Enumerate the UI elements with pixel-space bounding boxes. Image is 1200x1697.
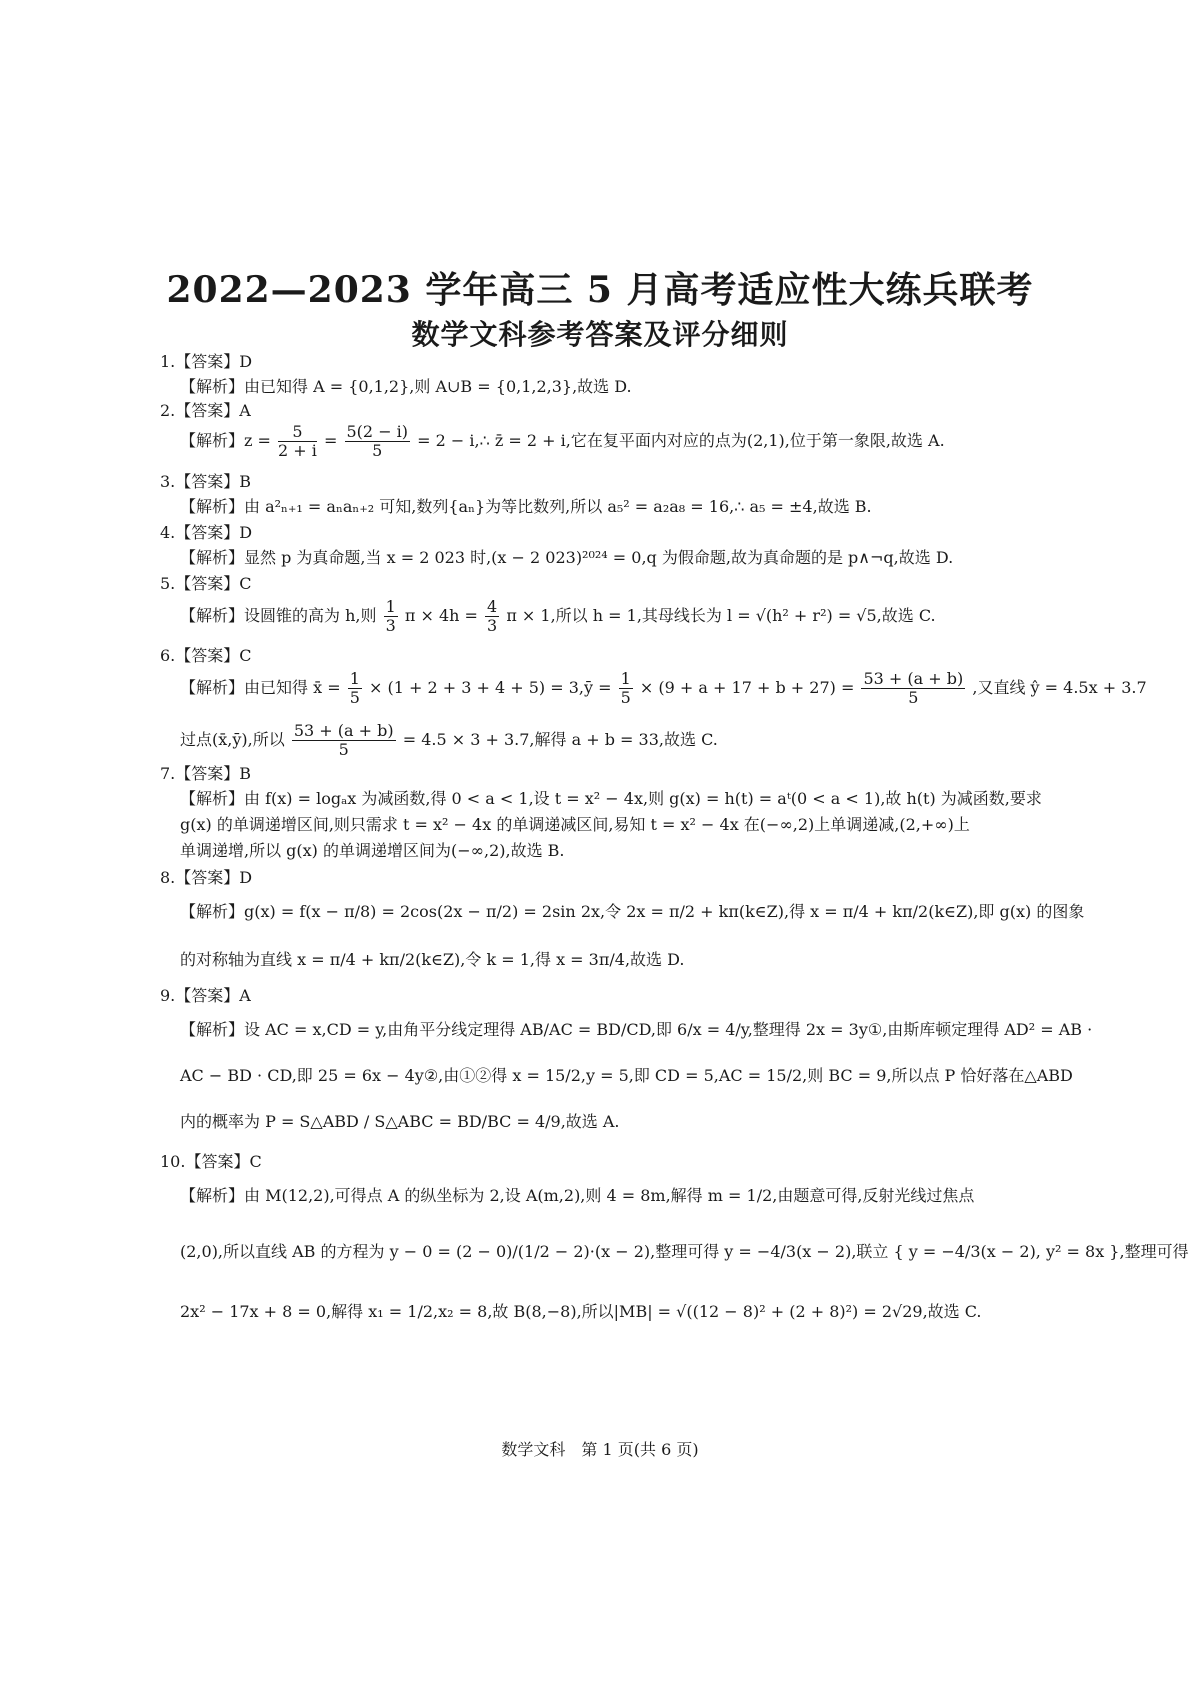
analysis-text: 【解析】设圆锥的高为 h,则	[180, 606, 376, 625]
analysis-line: 单调递增,所以 g(x) 的单调递增区间为(−∞,2),故选 B.	[180, 841, 565, 861]
analysis-text: 过点(x̄,ȳ),所以	[180, 730, 285, 749]
analysis-text: π × 1,所以 h = 1,其母线长为 l = √(h² + r²) = √5…	[506, 606, 935, 625]
page-footer: 数学文科 第 1 页(共 6 页)	[0, 1437, 1200, 1460]
analysis-line: 【解析】设 AC = x,CD = y,由角平分线定理得 AB/AC = BD/…	[180, 1020, 1092, 1040]
analysis-text: 【解析】z =	[180, 431, 271, 450]
analysis-line: 【解析】z = 52 + i = 5(2 − i)5 = 2 − i,∴ z̄ …	[180, 423, 945, 460]
analysis-line: 【解析】由已知得 A = {0,1,2},则 A∪B = {0,1,2,3},故…	[180, 377, 632, 397]
fraction: 43	[485, 598, 499, 635]
fraction: 15	[348, 670, 362, 707]
question-7-answer: 7.【答案】B	[160, 764, 251, 784]
analysis-line: 【解析】设圆锥的高为 h,则 13 π × 4h = 43 π × 1,所以 h…	[180, 598, 936, 635]
analysis-line: 【解析】由 f(x) = logₐx 为减函数,得 0 < a < 1,设 t …	[180, 789, 1042, 809]
question-5-answer: 5.【答案】C	[160, 574, 252, 594]
analysis-line: 过点(x̄,ȳ),所以 53 + (a + b)5 = 4.5 × 3 + 3.…	[180, 722, 718, 759]
question-1-answer: 1.【答案】D	[160, 352, 252, 372]
analysis-line: AC − BD · CD,即 25 = 6x − 4y②,由①②得 x = 15…	[180, 1066, 1073, 1086]
analysis-text: 【解析】由已知得 x̄ =	[180, 678, 341, 697]
document-title: 2022—2023 学年高三 5 月高考适应性大练兵联考	[0, 262, 1200, 313]
fraction: 5(2 − i)5	[345, 423, 411, 460]
analysis-line: 【解析】显然 p 为真命题,当 x = 2 023 时,(x − 2 023)²…	[180, 548, 953, 568]
analysis-line: 【解析】由 a²ₙ₊₁ = aₙaₙ₊₂ 可知,数列{aₙ}为等比数列,所以 a…	[180, 497, 872, 517]
analysis-line: (2,0),所以直线 AB 的方程为 y − 0 = (2 − 0)/(1/2 …	[180, 1242, 1189, 1262]
question-3-answer: 3.【答案】B	[160, 472, 251, 492]
question-10-answer: 10.【答案】C	[160, 1152, 262, 1172]
analysis-line: g(x) 的单调递增区间,则只需求 t = x² − 4x 的单调递减区间,易知…	[180, 815, 970, 835]
fraction: 53 + (a + b)5	[861, 670, 965, 707]
analysis-line: 内的概率为 P = S△ABD / S△ABC = BD/BC = 4/9,故选…	[180, 1112, 620, 1132]
fraction: 15	[619, 670, 633, 707]
analysis-text: × (1 + 2 + 3 + 4 + 5) = 3,ȳ =	[369, 678, 612, 697]
question-9-answer: 9.【答案】A	[160, 986, 251, 1006]
analysis-line: 【解析】由 M(12,2),可得点 A 的纵坐标为 2,设 A(m,2),则 4…	[180, 1186, 974, 1206]
analysis-text: =	[324, 431, 337, 450]
analysis-line: 2x² − 17x + 8 = 0,解得 x₁ = 1/2,x₂ = 8,故 B…	[180, 1302, 982, 1322]
analysis-text: = 2 − i,∴ z̄ = 2 + i,它在复平面内对应的点为(2,1),位于…	[417, 431, 945, 450]
analysis-text: π × 4h =	[405, 606, 478, 625]
question-6-answer: 6.【答案】C	[160, 646, 252, 666]
document-page: 2022—2023 学年高三 5 月高考适应性大练兵联考 数学文科参考答案及评分…	[0, 0, 1200, 1697]
fraction: 13	[384, 598, 398, 635]
analysis-text: × (9 + a + 17 + b + 27) =	[640, 678, 854, 697]
analysis-text: = 4.5 × 3 + 3.7,解得 a + b = 33,故选 C.	[403, 730, 718, 749]
fraction: 52 + i	[278, 423, 317, 460]
analysis-line: 【解析】g(x) = f(x − π/8) = 2cos(2x − π/2) =…	[180, 902, 1084, 922]
fraction: 53 + (a + b)5	[292, 722, 396, 759]
question-8-answer: 8.【答案】D	[160, 868, 252, 888]
analysis-line: 【解析】由已知得 x̄ = 15 × (1 + 2 + 3 + 4 + 5) =…	[180, 670, 1147, 707]
analysis-line: 的对称轴为直线 x = π/4 + kπ/2(k∈Z),令 k = 1,得 x …	[180, 950, 684, 970]
question-2-answer: 2.【答案】A	[160, 401, 251, 421]
question-4-answer: 4.【答案】D	[160, 523, 252, 543]
analysis-text: ,又直线 ŷ = 4.5x + 3.7	[972, 678, 1146, 697]
document-subtitle: 数学文科参考答案及评分细则	[0, 313, 1200, 353]
